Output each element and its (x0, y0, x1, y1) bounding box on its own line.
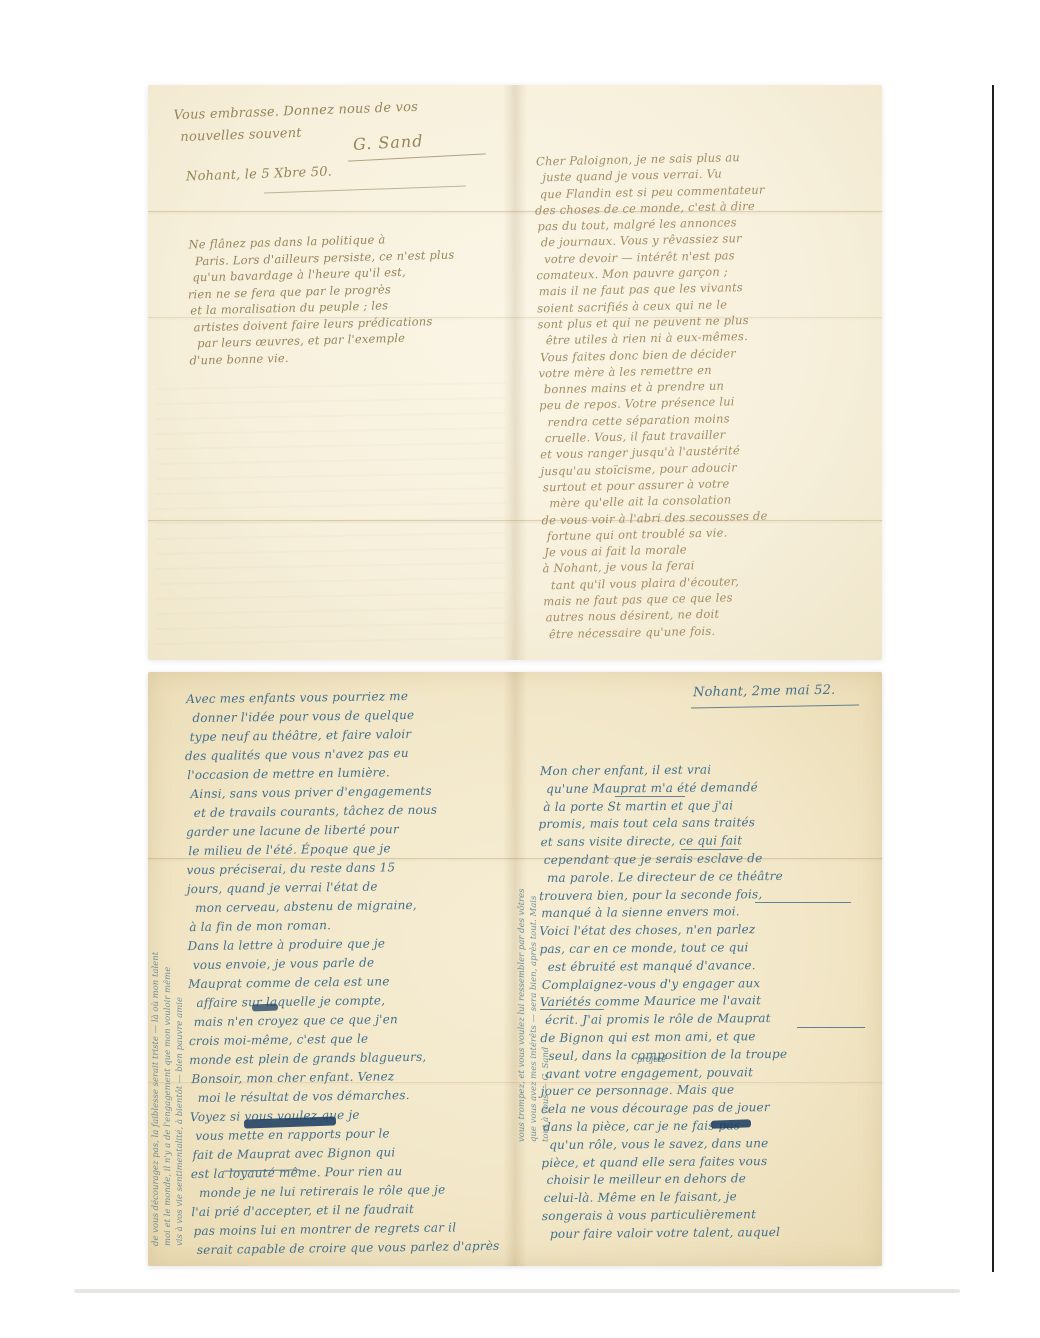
handwritten-line: serait capable de croire que vous parlez… (197, 1237, 500, 1260)
handwritten-line: qu'un rôle, vous le savez, dans une (549, 1135, 788, 1155)
viewer-bottom-divider (74, 1289, 960, 1293)
dateline-1850: Nohant, le 5 Xbre 50. (186, 164, 333, 184)
letter-body-text: Cher Paloignon, je ne sais plus aujuste … (534, 149, 774, 643)
dateline-1852: Nohant, 2me mai 52. (693, 683, 836, 700)
letter-1850-left-page: Vous embrasse. Donnez nous de vosnouvell… (148, 85, 515, 660)
handwritten-line: Mon cher enfant, il est vrai (540, 761, 785, 781)
letter-1850-right-page: Cher Paloignon, je ne sais plus aujuste … (515, 85, 882, 660)
handwritten-line: trouvera bien, pour la seconde fois, (539, 886, 786, 906)
handwritten-line: pas, car en ce monde, tout ce qui (539, 939, 786, 959)
underline-mauprat (615, 796, 685, 797)
handwritten-line: manqué à la sienne envers moi. (541, 903, 786, 923)
letter-1852-right-page: vous trompez, et vous voulez lui ressemb… (515, 672, 882, 1266)
handwritten-line: cependant que je serais esclave de (544, 850, 786, 870)
handwritten-line: dans la pièce, car je ne fais pas (543, 1117, 788, 1137)
underline-varietes (540, 1009, 604, 1010)
handwritten-line: ma parole. Le directeur de ce théâtre (547, 868, 786, 888)
handwritten-line: et sans visite directe, ce qui fait (541, 832, 786, 852)
signature-underline-flourish (348, 153, 486, 161)
viewer-right-rule (992, 85, 994, 1272)
handwritten-line: vis à vos vie sentimentalité, à bientôt … (174, 694, 186, 1246)
handwritten-line: choisir le meilleur en dehors de (546, 1170, 788, 1190)
underline-mauprat (797, 1027, 865, 1028)
strikethrough-blot (711, 1119, 751, 1128)
letter-1850-spread: Vous embrasse. Donnez nous de vosnouvell… (148, 85, 882, 660)
underline-directe (681, 849, 739, 850)
handwritten-line: pièce, et quand elle sera faites vous (541, 1152, 788, 1172)
handwritten-line: à la porte St martin et que j'ai (543, 797, 785, 817)
handwritten-line: Complaignez-vous d'y engager aux (542, 974, 787, 994)
handwritten-line: jouer ce personnage. Mais que (541, 1081, 788, 1101)
signature-g-sand: G. Sand (353, 131, 424, 154)
manuscript-scan-canvas: Vous embrasse. Donnez nous de vosnouvell… (0, 0, 1040, 1338)
handwritten-line: écrit. J'ai promis le rôle de Mauprat (545, 1010, 787, 1030)
letter-body-text: Avec mes enfants vous pourriez medonner … (184, 686, 500, 1260)
dateline-underline-flourish (264, 185, 466, 193)
letter-1852-left-page: de vous découragez pas, la faiblesse ser… (148, 672, 515, 1266)
handwritten-line: avant votre engagement, pouvait (546, 1063, 788, 1083)
underline-seconde-fois (755, 902, 851, 903)
postscript-paragraph: Ne flânez pas dans la politique àParis. … (186, 230, 457, 369)
handwritten-line: promis, mais tout cela sans traités (538, 814, 785, 834)
handwritten-line: est ébruité est manqué d'avance. (548, 957, 787, 977)
handwritten-line: pour faire valoir votre talent, auquel (550, 1224, 789, 1244)
handwritten-line: Voici l'état des choses, n'en parlez (539, 921, 786, 941)
handwritten-line: de vous découragez pas, la faiblesse ser… (150, 694, 162, 1246)
handwritten-line: vous trompez, et vous voulez lui ressemb… (516, 702, 528, 1142)
handwritten-line: seul, dans la composition de la troupe (548, 1046, 787, 1066)
ink-showthrough (156, 375, 506, 645)
letter-1852-spread: de vous découragez pas, la faiblesse ser… (148, 672, 882, 1266)
letter-body-text: Mon cher enfant, il est vraiqu'une Maupr… (538, 761, 789, 1244)
interlinear-insertion: projeté (637, 1055, 666, 1064)
handwritten-line: cela ne vous décourage pas de jouer (541, 1099, 788, 1119)
inked-over-word (252, 1004, 278, 1012)
margin-notes-rotated: de vous découragez pas, la faiblesse ser… (150, 694, 186, 1246)
handwritten-line: moi et le monde, il n'y a de l'engagemen… (162, 694, 174, 1246)
handwritten-line: de Bignon qui est mon ami, et que (540, 1028, 787, 1048)
dateline-underline (691, 705, 859, 709)
handwritten-line: celui-là. Même en le faisant, je (544, 1188, 789, 1208)
handwritten-line: songerais à vous particulièrement (542, 1206, 789, 1226)
